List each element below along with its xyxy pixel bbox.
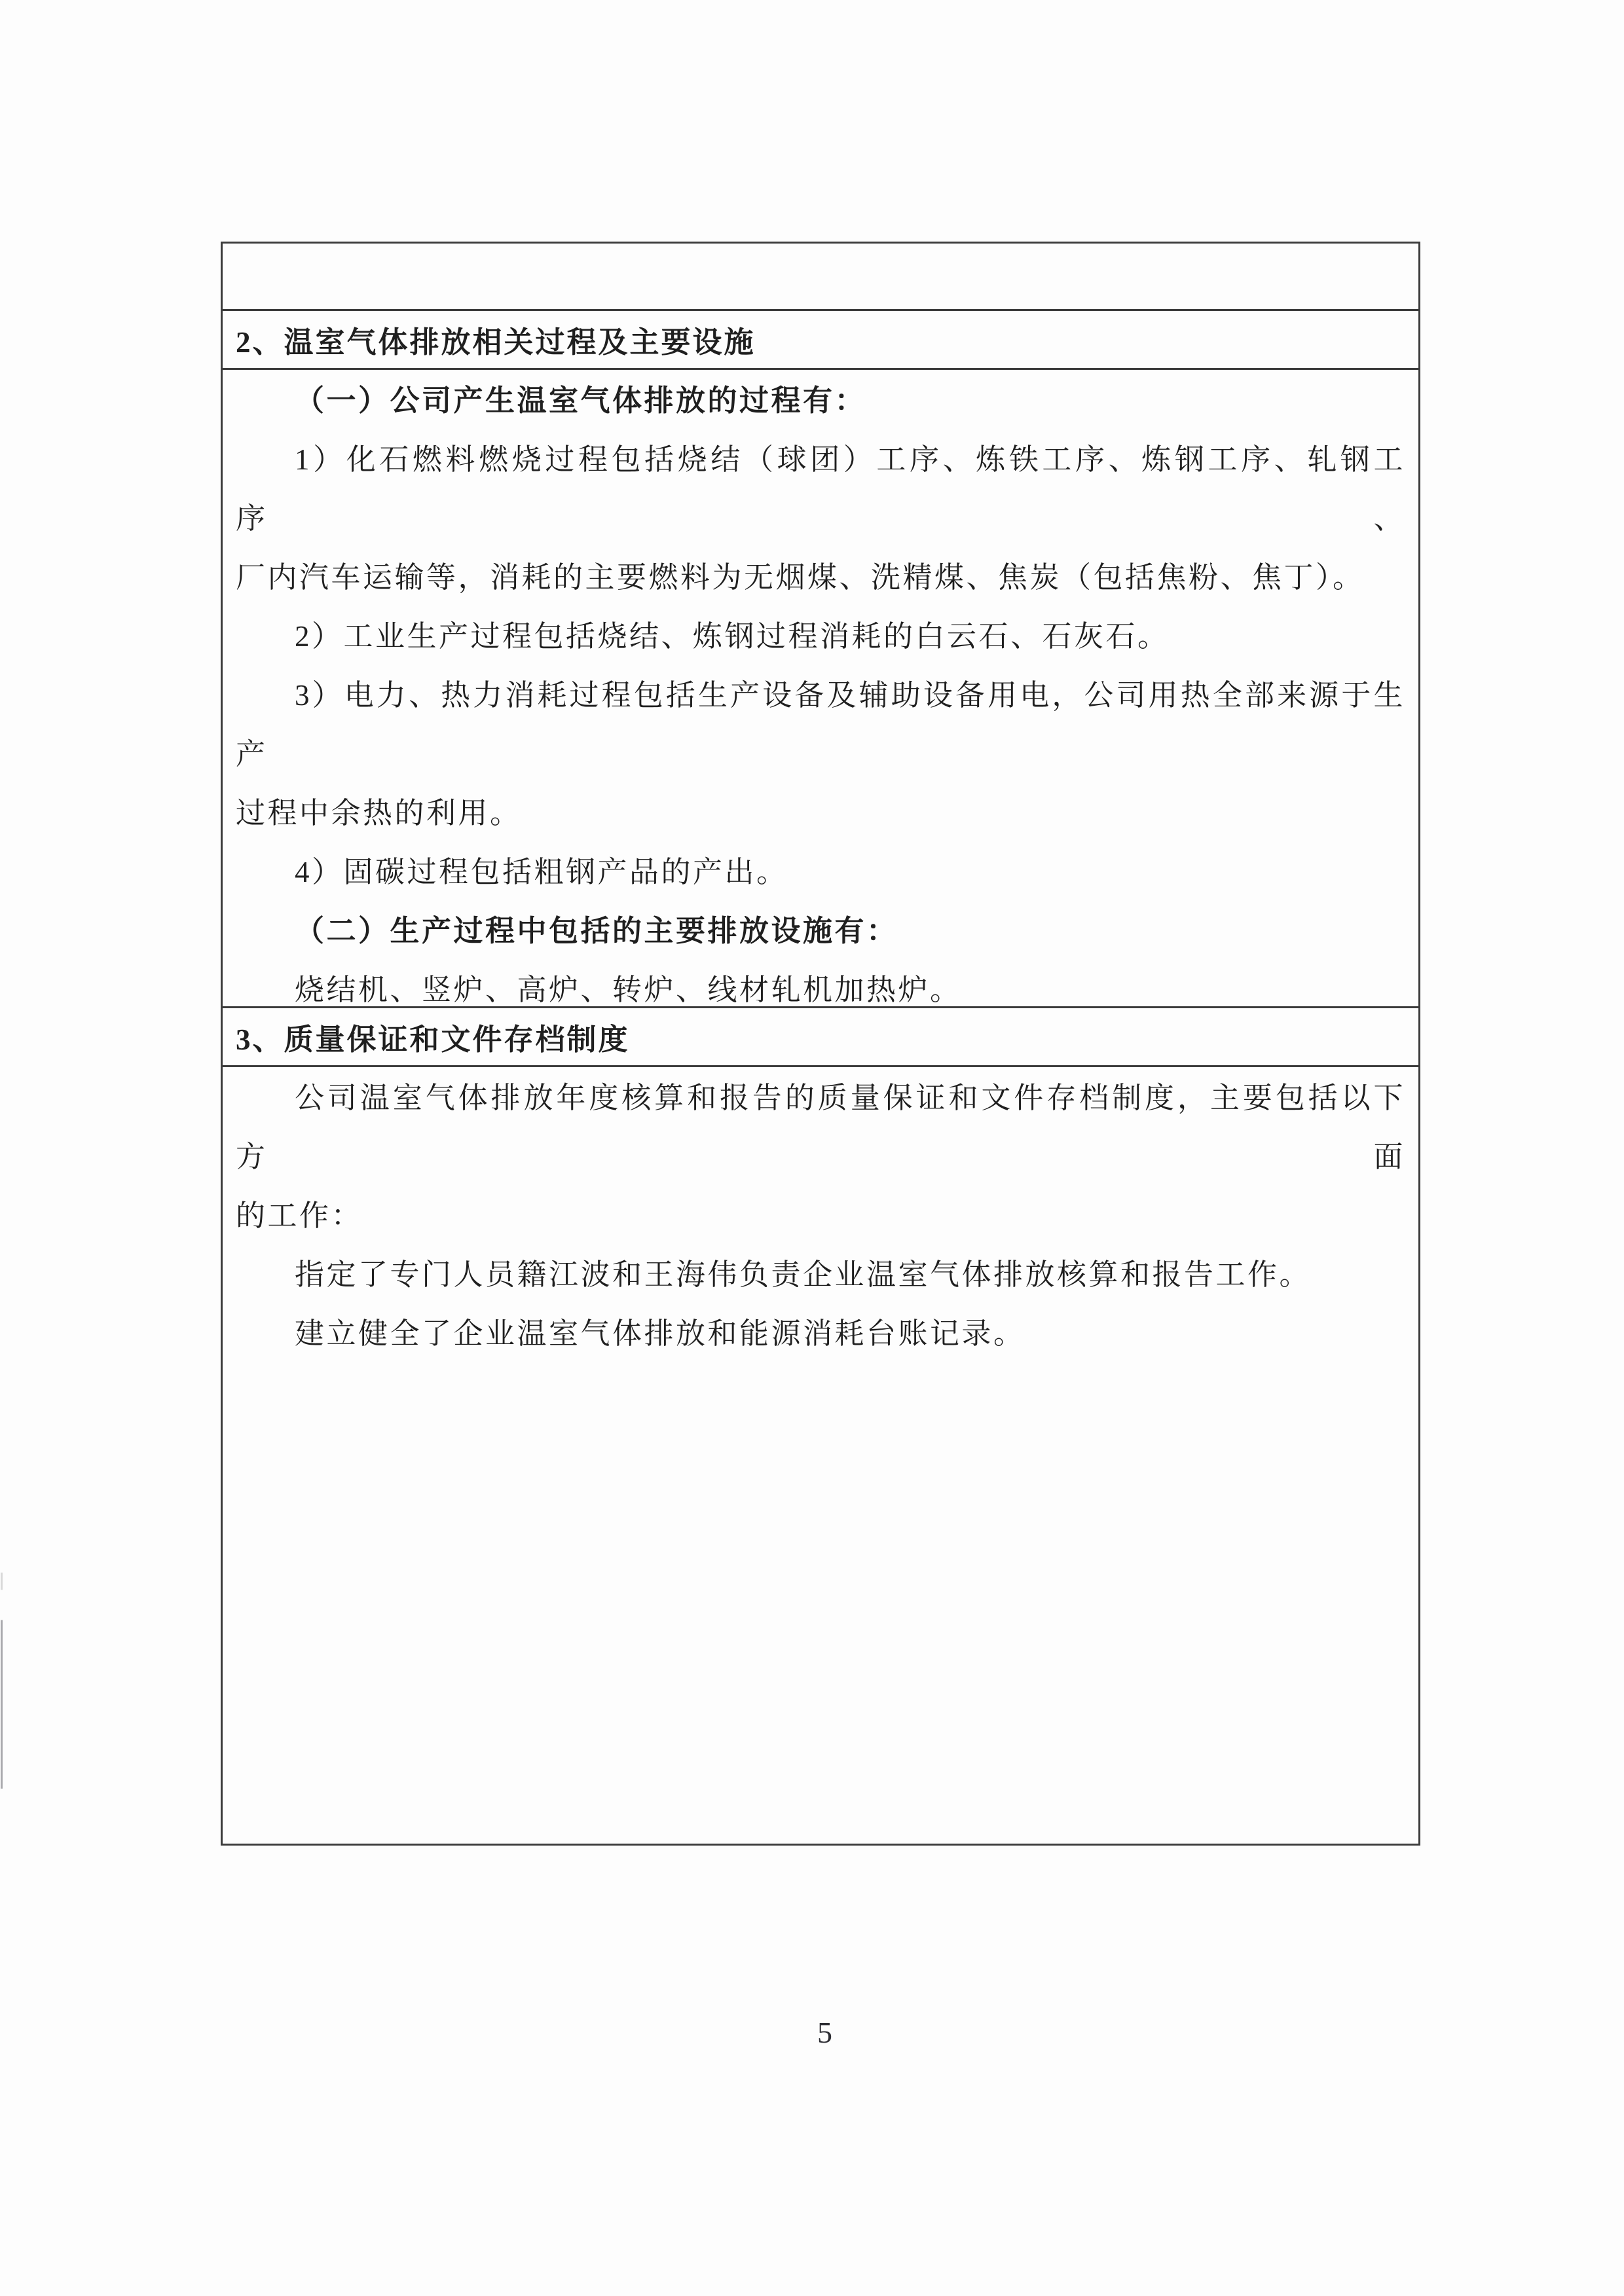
section2-header-row: 2、温室气体排放相关过程及主要设施 [223, 311, 1418, 370]
text-line: 2）工业生产过程包括烧结、炼钢过程消耗的白云石、石灰石。 [236, 607, 1405, 666]
text-line: 公司温室气体排放年度核算和报告的质量保证和文件存档制度，主要包括以下方面 [236, 1068, 1405, 1186]
empty-top-row [223, 244, 1418, 311]
text-line: 过程中余热的利用。 [236, 784, 1405, 843]
section3-header-label: 3、质量保证和文件存档制度 [236, 1015, 630, 1058]
text-line: 的工作： [236, 1186, 1405, 1245]
text-line: 4）固碳过程包括粗钢产品的产出。 [236, 843, 1405, 902]
text-line: （一）公司产生温室气体排放的过程有： [236, 371, 1405, 430]
text-line: 1）化石燃料燃烧过程包括烧结（球团）工序、炼铁工序、炼钢工序、轧钢工序、 [236, 430, 1405, 548]
text-line: 指定了专门人员籍江波和王海伟负责企业温室气体排放核算和报告工作。 [236, 1245, 1405, 1304]
section2-content-cell: （一）公司产生温室气体排放的过程有： 1）化石燃料燃烧过程包括烧结（球团）工序、… [223, 370, 1418, 1008]
section3-content-cell: 公司温室气体排放年度核算和报告的质量保证和文件存档制度，主要包括以下方面 的工作… [223, 1067, 1418, 1844]
text-line: 厂内汽车运输等，消耗的主要燃料为无烟煤、洗精煤、焦炭（包括焦粉、焦丁）。 [236, 548, 1405, 607]
scan-artifact-line [1, 1573, 3, 1789]
section2-header-label: 2、温室气体排放相关过程及主要设施 [236, 318, 756, 361]
text-line: 建立健全了企业温室气体排放和能源消耗台账记录。 [236, 1304, 1405, 1363]
text-line: （二）生产过程中包括的主要排放设施有： [236, 902, 1405, 960]
scanned-document-page: 2、温室气体排放相关过程及主要设施 （一）公司产生温室气体排放的过程有： 1）化… [0, 0, 1624, 2296]
page-number: 5 [766, 2015, 884, 2050]
text-line: 3）电力、热力消耗过程包括生产设备及辅助设备用电，公司用热全部来源于生产 [236, 666, 1405, 784]
report-table: 2、温室气体排放相关过程及主要设施 （一）公司产生温室气体排放的过程有： 1）化… [221, 242, 1420, 1846]
